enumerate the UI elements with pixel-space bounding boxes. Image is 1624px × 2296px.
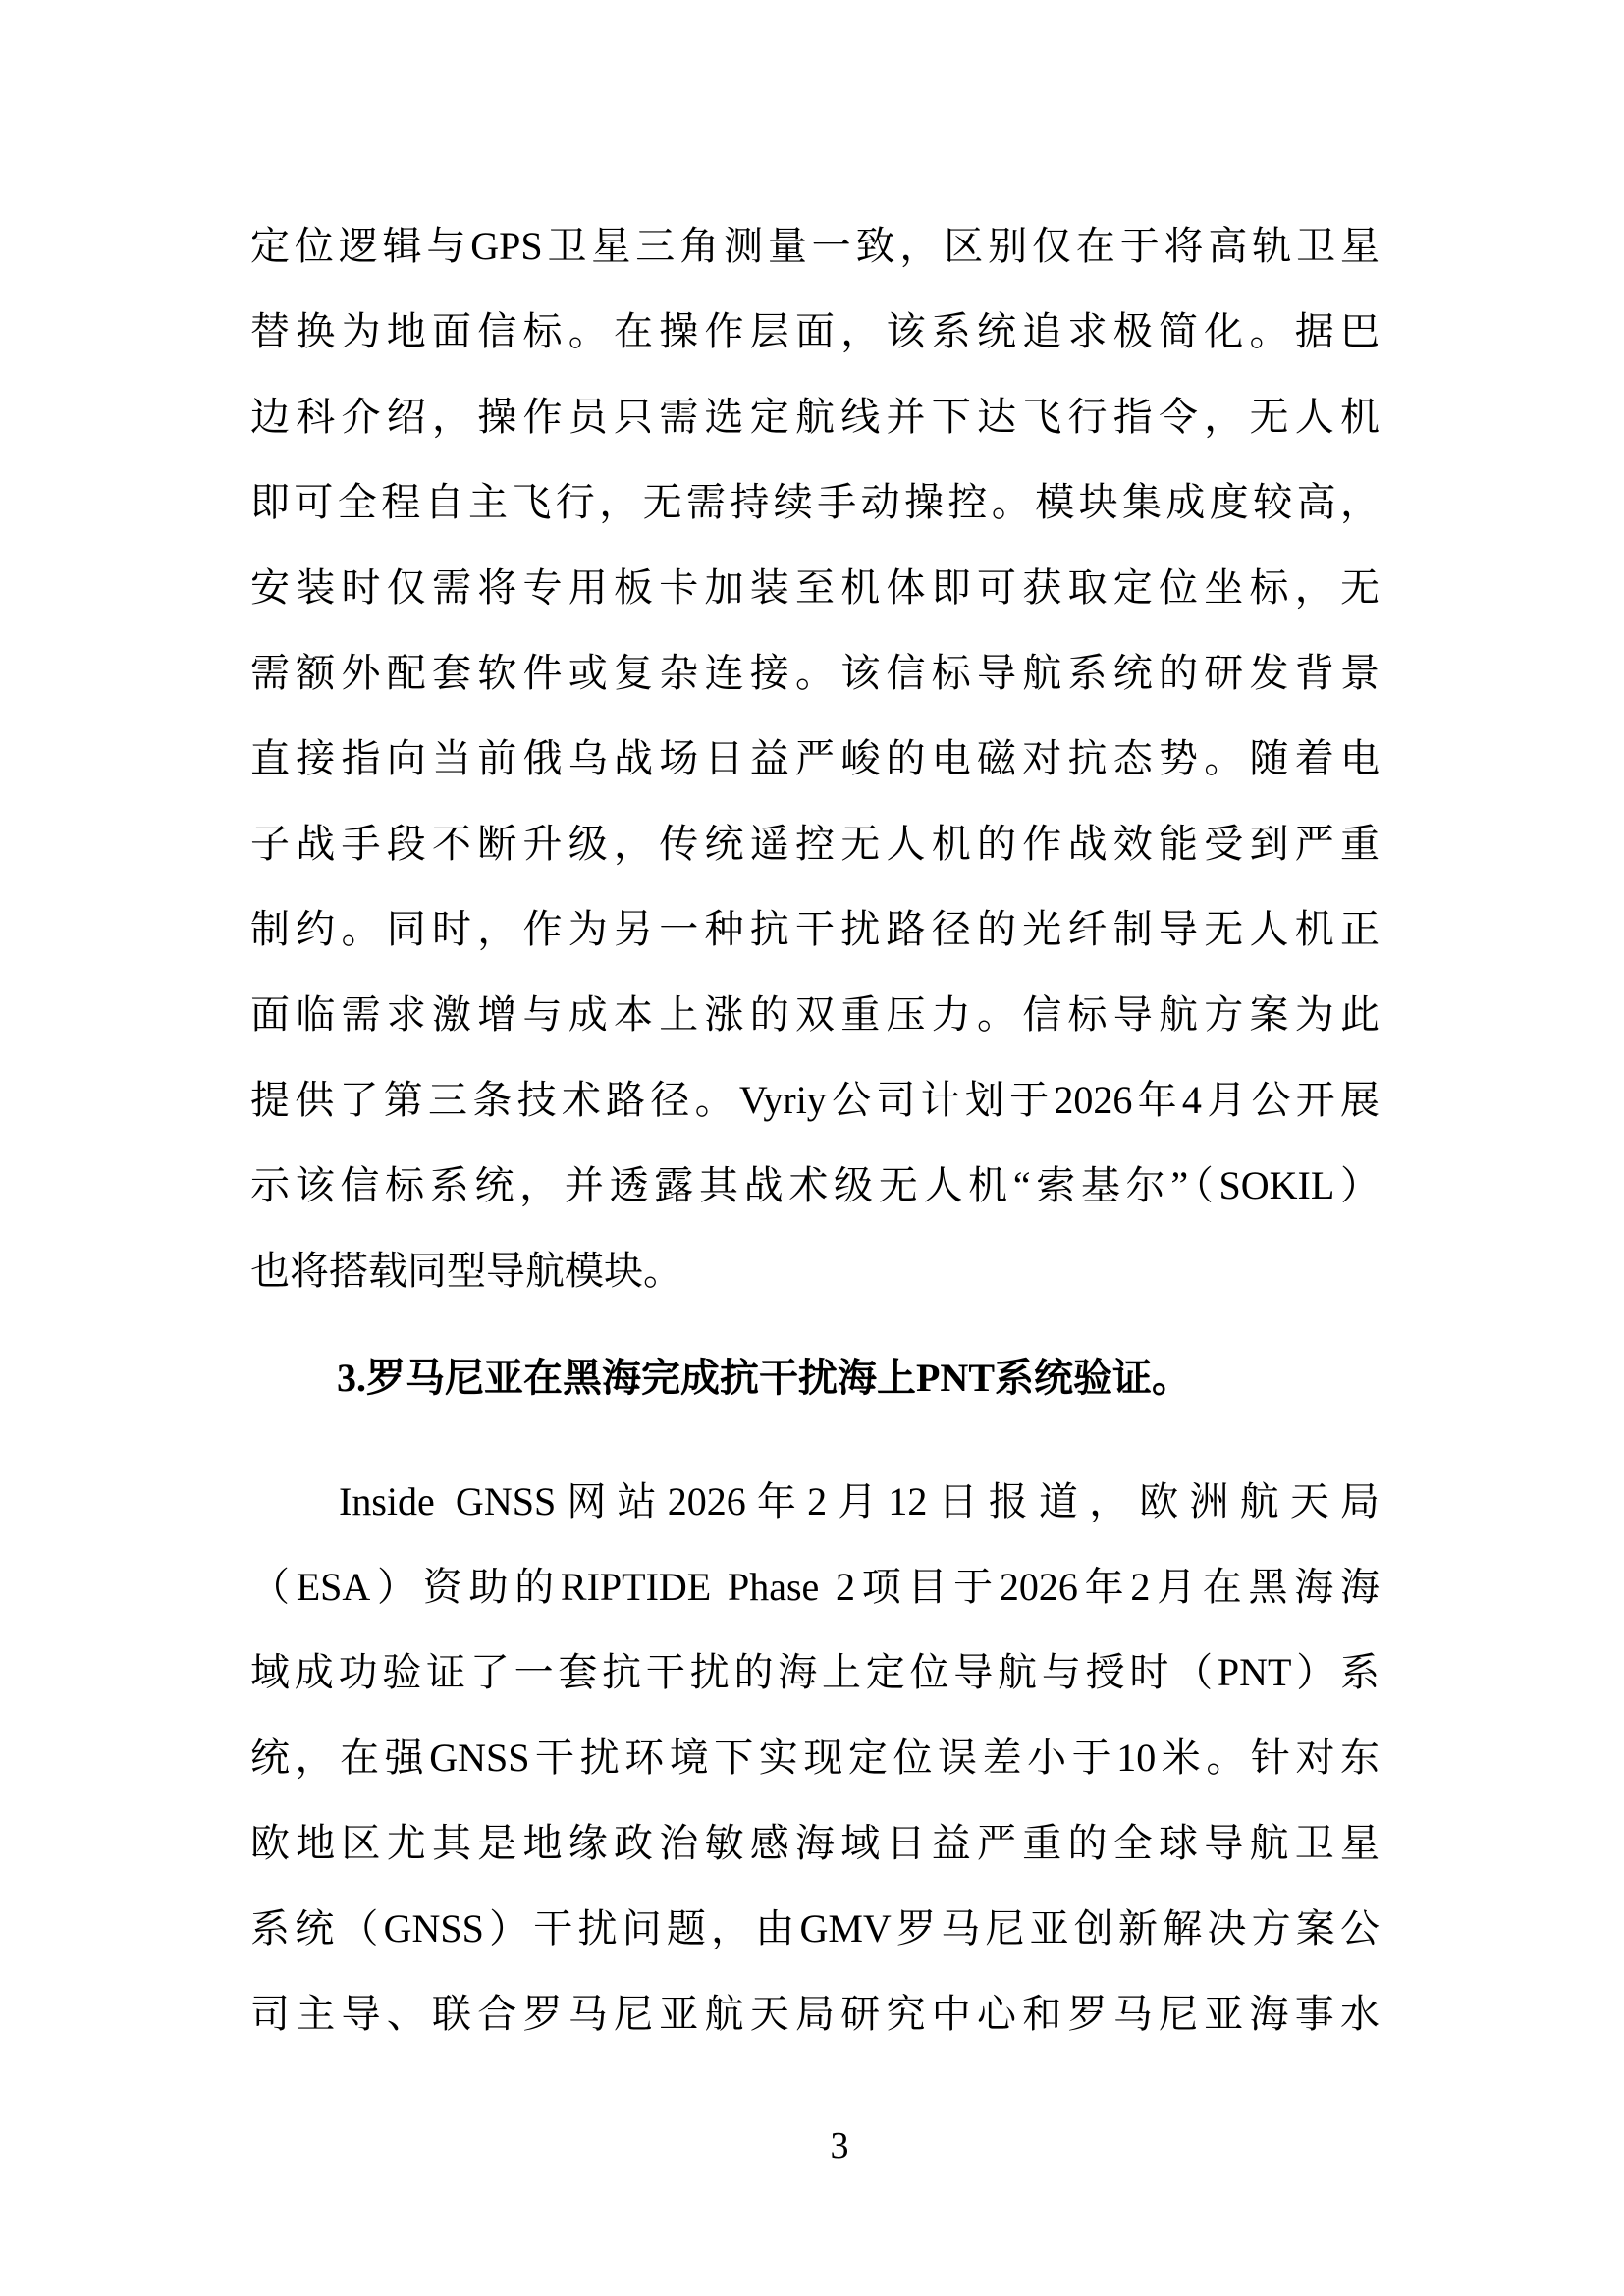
document-page: 定位逻辑与GPS卫星三角测量一致，区别仅在于将高轨卫星 替换为地面信标。在操作层… bbox=[0, 0, 1624, 2296]
body-line: 系统（GNSS）干扰问题，由GMV罗马尼亚创新解决方案公 bbox=[250, 1886, 1380, 1971]
page-footer: 3 bbox=[275, 2124, 1404, 2167]
body-line: Inside GNSS网站2026年2月12日报道，欧洲航天局 bbox=[250, 1459, 1380, 1544]
body-line: 域成功验证了一套抗干扰的海上定位导航与授时（PNT）系 bbox=[250, 1629, 1380, 1715]
body-line: 欧地区尤其是地缘政治敏感海域日益严重的全球导航卫星 bbox=[250, 1800, 1380, 1886]
body-line: 定位逻辑与GPS卫星三角测量一致，区别仅在于将高轨卫星 bbox=[250, 203, 1380, 289]
page-number: 3 bbox=[831, 2124, 849, 2167]
body-line: 也将搭载同型导航模块。 bbox=[250, 1228, 1380, 1313]
body-line: 替换为地面信标。在操作层面，该系统追求极简化。据巴 bbox=[250, 289, 1380, 374]
body-line: 示该信标系统，并透露其战术级无人机“索基尔”（SOKIL） bbox=[250, 1143, 1380, 1228]
body-line: （ESA）资助的RIPTIDE Phase 2项目于2026年2月在黑海海 bbox=[250, 1544, 1380, 1629]
section-heading: 3.罗马尼亚在黑海完成抗干扰海上PNT系统验证。 bbox=[250, 1335, 1380, 1420]
body-line: 制约。同时，作为另一种抗干扰路径的光纤制导无人机正 bbox=[250, 886, 1380, 972]
paragraph-body: Inside GNSS网站2026年2月12日报道，欧洲航天局 （ESA）资助的… bbox=[250, 1459, 1380, 2056]
body-line: 提供了第三条技术路径。Vyriy公司计划于2026年4月公开展 bbox=[250, 1057, 1380, 1143]
body-line: 子战手段不断升级，传统遥控无人机的作战效能受到严重 bbox=[250, 801, 1380, 886]
body-line: 司主导、联合罗马尼亚航天局研究中心和罗马尼亚海事水 bbox=[250, 1971, 1380, 2056]
body-line: 需额外配套软件或复杂连接。该信标导航系统的研发背景 bbox=[250, 630, 1380, 716]
body-line: 安装时仅需将专用板卡加装至机体即可获取定位坐标，无 bbox=[250, 545, 1380, 630]
body-line: 即可全程自主飞行，无需持续手动操控。模块集成度较高， bbox=[250, 459, 1380, 545]
body-line: 面临需求激增与成本上涨的双重压力。信标导航方案为此 bbox=[250, 972, 1380, 1057]
body-line: 直接指向当前俄乌战场日益严峻的电磁对抗态势。随着电 bbox=[250, 716, 1380, 801]
body-line: 统，在强GNSS干扰环境下实现定位误差小于10米。针对东 bbox=[250, 1715, 1380, 1800]
section-heading-block: 3.罗马尼亚在黑海完成抗干扰海上PNT系统验证。 bbox=[250, 1335, 1380, 1420]
body-line: 边科介绍，操作员只需选定航线并下达飞行指令，无人机 bbox=[250, 374, 1380, 459]
paragraph-continuation: 定位逻辑与GPS卫星三角测量一致，区别仅在于将高轨卫星 替换为地面信标。在操作层… bbox=[250, 203, 1380, 1313]
